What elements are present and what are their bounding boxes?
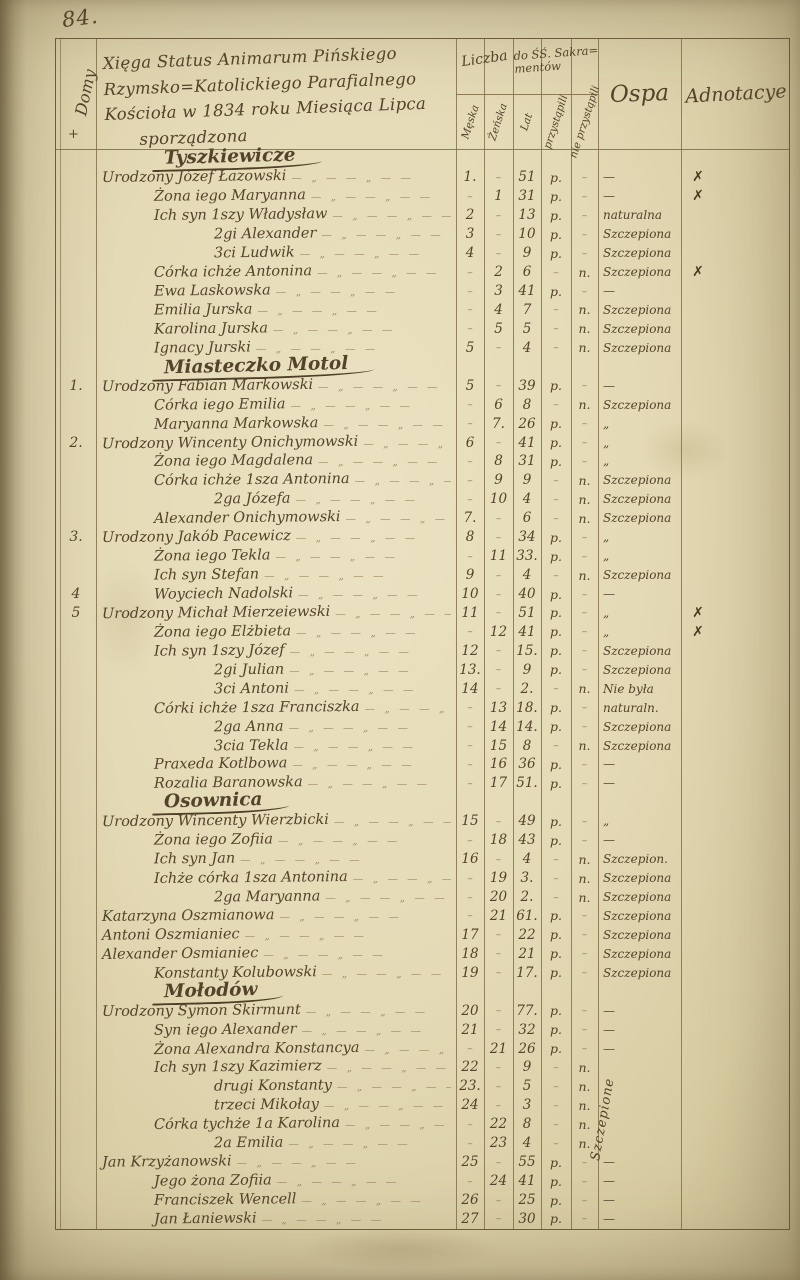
table-row: 2a Emilia— „ — — „ — —–234–n. (56, 1134, 789, 1153)
age-value: 14. (513, 717, 541, 736)
age-value: 10 (513, 225, 541, 244)
sacrament-received-mark: – (541, 1115, 571, 1134)
sacrament-not-received-mark: – (571, 944, 598, 963)
leader-dashes: — „ — — „ — — (365, 703, 451, 715)
female-count: 16 (484, 755, 513, 774)
female-count: – (484, 604, 513, 623)
sacrament-received-mark: p. (541, 925, 571, 944)
male-count: 8 (456, 528, 484, 547)
age-value: 3 (513, 1096, 541, 1115)
male-count: – (456, 471, 484, 490)
sacrament-received-mark: – (541, 679, 571, 698)
male-count: 20 (456, 1001, 484, 1020)
sacrament-received-mark: p. (541, 528, 571, 547)
column-header-domy-label: Domy (71, 68, 99, 118)
male-count: – (456, 717, 484, 736)
table-row: Konstanty Kolubowski— „ — — „ — —19–17.p… (56, 963, 789, 982)
page-gutter-shadow (0, 0, 26, 1280)
leader-dashes: — „ — — „ — — (302, 1025, 451, 1037)
age-value: 2. (513, 679, 541, 698)
sacrament-not-received-mark: – (571, 433, 598, 452)
person-name: Urodzony Jakób Pacewicz— „ — — „ — — (96, 528, 456, 547)
age-value: 2. (513, 888, 541, 907)
table-row: 4Woyciech Nadolski— „ — — „ — —10–40p.–— (56, 585, 789, 604)
section-row: Miasteczko Motol (56, 357, 789, 376)
smallpox-status: — (598, 831, 681, 850)
person-name: Urodzony Symon Skirmunt— „ — — „ — — (96, 1001, 456, 1020)
smallpox-status: — (598, 1039, 681, 1058)
female-count: 1 (484, 187, 513, 206)
table-row: Żona iego Zofiia— „ — — „ — —–1843p.–— (56, 831, 789, 850)
sacrament-received-mark: – (541, 1096, 571, 1115)
female-count: 21 (484, 1039, 513, 1058)
sacrament-not-received-mark: – (571, 225, 598, 244)
age-value: 51 (513, 604, 541, 623)
female-count: – (484, 338, 513, 357)
age-value: 4 (513, 490, 541, 509)
leader-dashes: — „ — — „ — — (321, 229, 451, 241)
sacrament-not-received-mark: – (571, 1039, 598, 1058)
leader-dashes: — „ — — „ — — (364, 1044, 451, 1056)
sacrament-not-received-mark: – (571, 414, 598, 433)
sacrament-received-mark: – (541, 566, 571, 585)
leader-dashes: — „ — — „ — — (275, 551, 451, 563)
sacrament-received-mark: – (541, 736, 571, 755)
age-value: 4 (513, 338, 541, 357)
male-count: – (456, 395, 484, 414)
person-name: Praxeda Kotlbowa— „ — — „ — — (96, 755, 456, 774)
person-name: Żona iego Tekla— „ — — „ — — (96, 547, 456, 566)
leader-dashes: — „ — — „ — — (296, 627, 451, 639)
register-rows: TyszkiewiczeUrodzony Józef Łazowski— „ —… (56, 149, 789, 1229)
register-title: Xięga Status Animarum Pińskiego Rzymsko=… (102, 39, 453, 153)
person-name: Żona Alexandra Konstancya— „ — — „ — — (96, 1039, 456, 1058)
person-name: Ich syn 1szy Józef— „ — — „ — — (96, 641, 456, 660)
table-row: Ewa Laskowska— „ — — „ — —–341p.–— (56, 282, 789, 301)
table-row: Ich syn 1szy Józef— „ — — „ — —12–15.p.–… (56, 641, 789, 660)
sacrament-received-mark: p. (541, 641, 571, 660)
sacrament-received-mark: p. (541, 622, 571, 641)
smallpox-status: Szczepiona (598, 471, 681, 490)
female-count: 18 (484, 831, 513, 850)
table-row: Ich syn Stefan— „ — — „ — —9–4–n.Szczepi… (56, 566, 789, 585)
female-count: – (484, 1020, 513, 1039)
sacrament-not-received-mark: – (571, 660, 598, 679)
age-value: 8 (513, 1115, 541, 1134)
age-value: 3. (513, 869, 541, 888)
table-row: 3.Urodzony Jakób Pacewicz— „ — — „ — —8–… (56, 528, 789, 547)
male-count: – (456, 831, 484, 850)
female-count: – (484, 679, 513, 698)
male-count: – (456, 319, 484, 338)
male-count: 5 (456, 376, 484, 395)
male-count: – (456, 452, 484, 471)
female-count: – (484, 585, 513, 604)
sacrament-received-mark: – (541, 263, 571, 282)
age-value: 26 (513, 1039, 541, 1058)
smallpox-status: — (598, 1020, 681, 1039)
table-row: Córka ichże 1sza Antonina— „ — — „ — —–9… (56, 471, 789, 490)
sacrament-not-received-mark: n. (571, 490, 598, 509)
column-header-ospa: Ospa (596, 38, 683, 151)
person-name: Córka iego Emilia— „ — — „ — — (96, 395, 456, 414)
leader-dashes: — „ — — „ — — (240, 854, 451, 866)
male-count: 22 (456, 1058, 484, 1077)
person-name: Karolina Jurska— „ — — „ — — (96, 319, 456, 338)
leader-dashes: — „ — — „ — — (264, 570, 451, 582)
male-count: – (456, 490, 484, 509)
sacrament-not-received-mark: – (571, 1001, 598, 1020)
smallpox-status: Szczepiona (598, 717, 681, 736)
sacrament-received-mark: p. (541, 585, 571, 604)
sacrament-not-received-mark: n. (571, 679, 598, 698)
male-count: – (456, 736, 484, 755)
age-value: 9 (513, 471, 541, 490)
age-value: 41 (513, 282, 541, 301)
plus-mark: + (68, 127, 79, 142)
female-count: – (484, 944, 513, 963)
column-header-zenska: Żeńska (484, 94, 513, 149)
male-count: 5 (456, 338, 484, 357)
smallpox-status: Szczepiona (598, 301, 681, 320)
table-row: Rozalia Baranowska— „ — — „ — —–1751.p.–… (56, 774, 789, 793)
person-name: Ich syn Jan— „ — — „ — — (96, 850, 456, 869)
annotation-x-mark: ✗ (681, 604, 715, 623)
male-count: 4 (456, 244, 484, 263)
female-count: 11 (484, 547, 513, 566)
person-name: 2ga Anna— „ — — „ — — (96, 717, 456, 736)
female-count: – (484, 660, 513, 679)
sacrament-not-received-mark: n. (571, 566, 598, 585)
female-count: – (484, 433, 513, 452)
age-value: 39 (513, 376, 541, 395)
leader-dashes: — „ — — „ — — (257, 305, 451, 317)
sacrament-received-mark: p. (541, 1020, 571, 1039)
person-name: Franciszek Wencell— „ — — „ — — (96, 1191, 456, 1210)
sacrament-not-received-mark: n. (571, 1058, 598, 1077)
person-name: trzeci Mikołay— „ — — „ — — (96, 1096, 456, 1115)
smallpox-status: Szczepiona (598, 319, 681, 338)
section-heading: Tyszkiewicze (152, 149, 322, 168)
sacrament-not-received-mark: – (571, 831, 598, 850)
table-row: Żona Alexandra Konstancya— „ — — „ — —–2… (56, 1039, 789, 1058)
smallpox-status: — (598, 585, 681, 604)
section-row: Tyszkiewicze (56, 149, 789, 168)
column-header-adnotacye: Adnotacye (678, 36, 794, 152)
sacrament-received-mark: – (541, 509, 571, 528)
smallpox-status: — (598, 1153, 681, 1172)
male-count: 12 (456, 641, 484, 660)
smallpox-status: „ (598, 414, 681, 433)
smallpox-status: — (598, 1001, 681, 1020)
sacrament-received-mark: – (541, 319, 571, 338)
male-count: – (456, 1115, 484, 1134)
female-count: – (484, 376, 513, 395)
table-row: Żona iego Maryanna— „ — — „ — —–131p.–—✗ (56, 187, 789, 206)
sacrament-received-mark: – (541, 850, 571, 869)
smallpox-status: — (598, 1210, 681, 1229)
age-value: 43 (513, 831, 541, 850)
sacrament-received-mark: – (541, 1134, 571, 1153)
smallpox-status: Szczepiona (598, 338, 681, 357)
smallpox-status: — (598, 1172, 681, 1191)
age-value: 49 (513, 812, 541, 831)
male-count: – (456, 547, 484, 566)
female-count: 6 (484, 395, 513, 414)
leader-dashes: — „ — — „ — — (291, 172, 451, 184)
person-name: Córka ichże Antonina— „ — — „ — — (96, 263, 456, 282)
sacrament-received-mark: – (541, 490, 571, 509)
leader-dashes: — „ — — „ — — (335, 608, 451, 620)
sacrament-not-received-mark: – (571, 698, 598, 717)
age-value: 25 (513, 1191, 541, 1210)
person-name: Urodzony Fabian Markowski— „ — — „ — — (96, 376, 456, 395)
leader-dashes: — „ — — „ — — (237, 1157, 451, 1169)
smallpox-status: „ (598, 812, 681, 831)
age-value: 8 (513, 736, 541, 755)
table-row: Ich syn 1szy Władysław— „ — — „ — —2–13p… (56, 206, 789, 225)
person-name: Jan Krzyżanowski— „ — — „ — — (96, 1153, 456, 1172)
leader-dashes: — „ — — „ — — (306, 1006, 451, 1018)
male-count: – (456, 301, 484, 320)
age-value: 6 (513, 263, 541, 282)
house-number: 3. (56, 528, 96, 547)
table-row: 2gi Alexander— „ — — „ — —3–10p.–Szczepi… (56, 225, 789, 244)
leader-dashes: — „ — — „ — — (294, 684, 451, 696)
smallpox-status: naturaln. (598, 698, 681, 717)
column-header-lat: Lat (513, 94, 541, 149)
male-count: 16 (456, 850, 484, 869)
table-row: trzeci Mikołay— „ — — „ — —24–3–n. (56, 1096, 789, 1115)
smallpox-status: — (598, 376, 681, 395)
leader-dashes: — „ — — „ — — (296, 532, 451, 544)
male-count: – (456, 263, 484, 282)
male-count: 10 (456, 585, 484, 604)
leader-dashes: — „ — — „ — — (290, 646, 451, 658)
person-name: 2gi Alexander— „ — — „ — — (96, 225, 456, 244)
male-count: – (456, 698, 484, 717)
smallpox-status: Szczepiona (598, 888, 681, 907)
person-name: Żona iego Zofiia— „ — — „ — — (96, 831, 456, 850)
person-name: 3ci Ludwik— „ — — „ — — (96, 244, 456, 263)
smallpox-status: Szczepiona (598, 660, 681, 679)
age-value: 26 (513, 414, 541, 433)
sacrament-received-mark: p. (541, 604, 571, 623)
sacrament-not-received-mark: – (571, 244, 598, 263)
table-row: 1.Urodzony Fabian Markowski— „ — — „ — —… (56, 376, 789, 395)
male-count: – (456, 414, 484, 433)
sacrament-received-mark: p. (541, 244, 571, 263)
age-value: 31 (513, 452, 541, 471)
table-row: Żona iego Elżbieta— „ — — „ — —–1241p.–„… (56, 622, 789, 641)
age-value: 4 (513, 566, 541, 585)
table-row: 2.Urodzony Wincenty Onichymowski— „ — — … (56, 433, 789, 452)
male-count: – (456, 888, 484, 907)
sacrament-received-mark: p. (541, 963, 571, 982)
leader-dashes: — „ — — „ — — (292, 759, 451, 771)
smallpox-status: „ (598, 547, 681, 566)
column-header-nie-przystapili: nie przystąpili (571, 94, 598, 149)
smallpox-status: Szczepiona (598, 225, 681, 244)
sacrament-received-mark: p. (541, 1001, 571, 1020)
female-count: 14 (484, 717, 513, 736)
column-header-przystapili: przystąpili (541, 94, 571, 149)
age-value: 51. (513, 774, 541, 793)
female-count: 4 (484, 301, 513, 320)
column-header-meska: Męska (456, 94, 484, 149)
annotation-x-mark: ✗ (681, 168, 715, 187)
male-count: 2 (456, 206, 484, 225)
table-row: 2ga Maryanna— „ — — „ — —–202.–n.Szczepi… (56, 888, 789, 907)
smallpox-status: — (598, 168, 681, 187)
smallpox-status: Nie była (598, 679, 681, 698)
smallpox-status: — (598, 755, 681, 774)
sacrament-received-mark: p. (541, 1210, 571, 1229)
smallpox-status: Szczepiona (598, 907, 681, 926)
sacrament-not-received-mark: – (571, 812, 598, 831)
male-count: 27 (456, 1210, 484, 1229)
table-row: Emilia Jurska— „ — — „ — —–47–n.Szczepio… (56, 301, 789, 320)
female-count: 12 (484, 622, 513, 641)
male-count: 14 (456, 679, 484, 698)
age-value: 17. (513, 963, 541, 982)
table-row: Praxeda Kotlbowa— „ — — „ — —–1636p.–— (56, 755, 789, 774)
person-name: Emilia Jurska— „ — — „ — — (96, 301, 456, 320)
female-count: 23 (484, 1134, 513, 1153)
leader-dashes: — „ — — „ — — (332, 210, 451, 222)
person-name: Córka tychże 1a Karolina— „ — — „ — — (96, 1115, 456, 1134)
sacrament-received-mark: p. (541, 187, 571, 206)
age-value: 34 (513, 528, 541, 547)
person-name: Jego żona Zofiia— „ — — „ — — (96, 1172, 456, 1191)
male-count: 26 (456, 1191, 484, 1210)
male-count: 13. (456, 660, 484, 679)
male-count: 24 (456, 1096, 484, 1115)
sacrament-received-mark: p. (541, 660, 571, 679)
age-value: 40 (513, 585, 541, 604)
sacrament-received-mark: – (541, 888, 571, 907)
age-value: 9 (513, 660, 541, 679)
smallpox-status: — (598, 774, 681, 793)
sacrament-not-received-mark: n. (571, 509, 598, 528)
leader-dashes: — „ — — „ — — (327, 1062, 451, 1074)
female-count: – (484, 812, 513, 831)
smallpox-status: Szczepiona (598, 869, 681, 888)
leader-dashes: — „ — — „ — — (298, 589, 451, 601)
table-row: Jego żona Zofiia— „ — — „ — —–2441p.–— (56, 1172, 789, 1191)
male-count: 17 (456, 925, 484, 944)
sacrament-received-mark: p. (541, 168, 571, 187)
sacrament-not-received-mark: – (571, 755, 598, 774)
leader-dashes: — „ — — „ — — (296, 494, 451, 506)
male-count: 15 (456, 812, 484, 831)
female-count: – (484, 850, 513, 869)
sacrament-not-received-mark: – (571, 282, 598, 301)
table-row: Karolina Jurska— „ — — „ — —–55–n.Szczep… (56, 319, 789, 338)
person-name: Woyciech Nadolski— „ — — „ — — (96, 585, 456, 604)
register-table: Domy + Xięga Status Animarum Pińskiego R… (55, 38, 790, 1230)
person-name: Syn iego Alexander— „ — — „ — — (96, 1020, 456, 1039)
section-row: Mołodów (56, 982, 789, 1001)
sacrament-received-mark: p. (541, 944, 571, 963)
leader-dashes: — „ — — „ — — (301, 1195, 451, 1207)
sacrament-received-mark: – (541, 301, 571, 320)
table-row: Urodzony Józef Łazowski— „ — — „ — —1.–5… (56, 168, 789, 187)
age-value: 13 (513, 206, 541, 225)
paper-stain (300, 1228, 500, 1270)
person-name: Żona iego Magdalena— „ — — „ — — (96, 452, 456, 471)
female-count: – (484, 528, 513, 547)
leader-dashes: — „ — — „ — — (355, 475, 451, 487)
table-row: Ichże córka 1sza Antonina— „ — — „ — —–1… (56, 869, 789, 888)
sacrament-not-received-mark: n. (571, 850, 598, 869)
page-number: 84. (61, 4, 100, 32)
sacrament-not-received-mark: n. (571, 736, 598, 755)
female-count: 10 (484, 490, 513, 509)
column-group-sakramenta: do ŚŚ. Sakra= mentów (507, 44, 604, 77)
sacrament-not-received-mark: n. (571, 869, 598, 888)
leader-dashes: — „ — — „ — — (289, 665, 451, 677)
female-count: 2 (484, 263, 513, 282)
smallpox-status: „ (598, 452, 681, 471)
sacrament-received-mark: p. (541, 907, 571, 926)
age-value: 5 (513, 319, 541, 338)
section-row: Osownica (56, 793, 789, 812)
male-count: – (456, 1039, 484, 1058)
female-count: – (484, 1096, 513, 1115)
table-row: Alexander Osmianiec— „ — — „ — —18–21p.–… (56, 944, 789, 963)
person-name: Ich syn 1szy Władysław— „ — — „ — — (96, 206, 456, 225)
male-count: – (456, 282, 484, 301)
sacrament-received-mark: p. (541, 1172, 571, 1191)
smallpox-status: — (598, 187, 681, 206)
leader-dashes: — „ — — „ — — (273, 324, 451, 336)
sacrament-not-received-mark: n. (571, 471, 598, 490)
person-name: Ewa Laskowska— „ — — „ — — (96, 282, 456, 301)
leader-dashes: — „ — — „ — — (276, 286, 451, 298)
leader-dashes: — „ — — „ — — (291, 400, 451, 412)
female-count: 13 (484, 698, 513, 717)
smallpox-status: „ (598, 604, 681, 623)
male-count: 1. (456, 168, 484, 187)
male-count: – (456, 755, 484, 774)
leader-dashes: — „ — — „ — — (262, 1214, 451, 1226)
smallpox-status: Szczepiona (598, 944, 681, 963)
smallpox-status: — (598, 1191, 681, 1210)
age-value: 4 (513, 1134, 541, 1153)
annotation-x-mark: ✗ (681, 187, 715, 206)
leader-dashes: — „ — — „ — — (322, 968, 451, 980)
sacrament-not-received-mark: – (571, 168, 598, 187)
female-count: – (484, 244, 513, 263)
age-value: 8 (513, 395, 541, 414)
table-row: Katarzyna Oszmianowa— „ — — „ — —–2161.p… (56, 907, 789, 926)
sacrament-received-mark: – (541, 471, 571, 490)
leader-dashes: — „ — — „ — — (353, 873, 451, 885)
smallpox-status: Szczepiona (598, 963, 681, 982)
sacrament-not-received-mark: – (571, 528, 598, 547)
female-count: 8 (484, 452, 513, 471)
age-value: 55 (513, 1153, 541, 1172)
leader-dashes: — „ — — „ — — (278, 835, 451, 847)
sacrament-not-received-mark: n. (571, 338, 598, 357)
sacrament-received-mark: – (541, 338, 571, 357)
leader-dashes: — „ — — „ — — (345, 1119, 451, 1131)
leader-dashes: — „ — — „ — — (263, 949, 451, 961)
table-row: Franciszek Wencell— „ — — „ — —26–25p.–— (56, 1191, 789, 1210)
table-row: Ich syn 1szy Kazimierz— „ — — „ — —22–9–… (56, 1058, 789, 1077)
person-name: 3ci Antoni— „ — — „ — — (96, 679, 456, 698)
